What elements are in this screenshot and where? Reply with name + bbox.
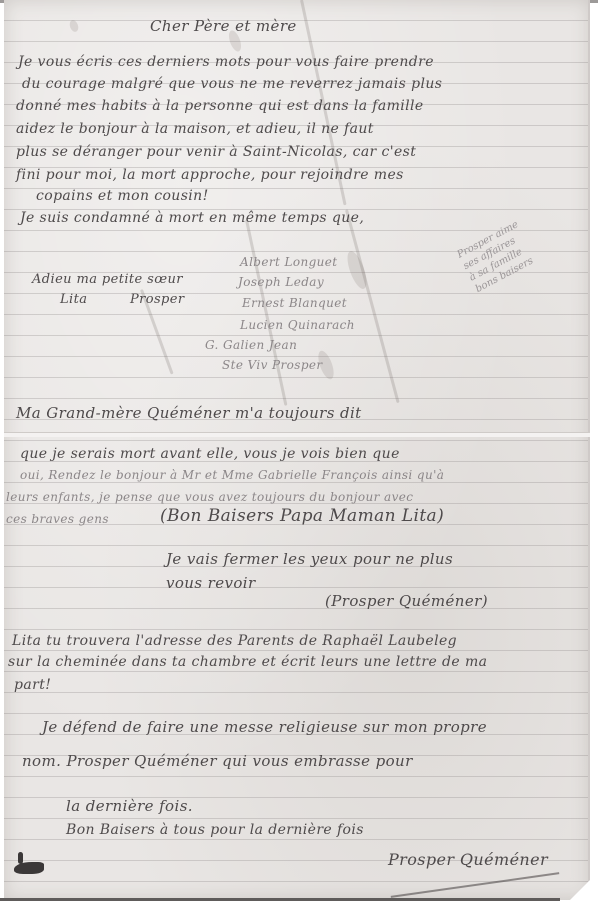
signature-parenthetical: (Prosper Quéméner) xyxy=(325,592,488,610)
paragraph-1-line: plus se déranger pour venir à Saint-Nico… xyxy=(16,144,416,160)
paragraph-1-line: fini pour moi, la mort approche, pour re… xyxy=(16,167,404,183)
farewell-line: Adieu ma petite sœur xyxy=(32,272,183,287)
paragraph-2-line: Ma Grand-mère Quéméner m'a toujours dit xyxy=(16,404,362,422)
salutation: Cher Père et mère xyxy=(150,17,297,35)
kisses-line: (Bon Baisers Papa Maman Lita) xyxy=(160,506,444,526)
faint-name: Joseph Leday xyxy=(238,275,324,289)
paragraph-4-line: nom. Prosper Quéméner qui vous embrasse … xyxy=(22,752,413,770)
page-bottom-edge xyxy=(0,898,560,901)
paragraph-1-line: aidez le bonjour à la maison, et adieu, … xyxy=(16,121,374,137)
paragraph-2-line: ces braves gens xyxy=(6,512,109,526)
paper-fold-line xyxy=(4,432,590,437)
final-signature: Prosper Quéméner xyxy=(388,850,548,869)
farewell-name-prosper: Prosper xyxy=(130,292,185,307)
paragraph-2-line: leurs enfants, je pense que vous avez to… xyxy=(6,490,413,504)
paragraph-2-line: que je serais mort avant elle, vous je v… xyxy=(20,446,400,462)
paragraph-3-line: sur la cheminée dans ta chambre et écrit… xyxy=(8,654,487,670)
faint-name: G. Galien Jean xyxy=(205,338,297,352)
ink-blot xyxy=(14,862,44,874)
paragraph-2-line: oui, Rendez le bonjour à Mr et Mme Gabri… xyxy=(20,468,444,482)
paragraph-3-line: Lita tu trouvera l'adresse des Parents d… xyxy=(12,633,457,649)
faint-name: Albert Longuet xyxy=(240,255,338,269)
torn-corner xyxy=(570,880,590,900)
condemned-line: Je suis condamné à mort en même temps qu… xyxy=(20,210,364,226)
page-right-edge xyxy=(588,0,590,900)
final-kisses: Bon Baisers à tous pour la dernière fois xyxy=(66,822,364,838)
faint-name: Ste Viv Prosper xyxy=(222,358,323,372)
paragraph-4-line: Je défend de faire une messe religieuse … xyxy=(42,718,487,736)
closing-eyes-line: vous revoir xyxy=(166,574,256,592)
faint-name: Lucien Quinarach xyxy=(240,318,355,332)
paragraph-1-line: donné mes habits à la personne qui est d… xyxy=(16,98,424,114)
paragraph-1-line: du courage malgré que vous ne me reverre… xyxy=(22,76,442,92)
paragraph-4-line: la dernière fois. xyxy=(66,797,193,815)
faint-name: Ernest Blanquet xyxy=(242,296,347,310)
farewell-name-lita: Lita xyxy=(60,292,87,307)
paragraph-1-line: copains et mon cousin! xyxy=(36,188,209,204)
paragraph-3-line: part! xyxy=(14,677,51,693)
paragraph-1-line: Je vous écris ces derniers mots pour vou… xyxy=(18,54,434,70)
closing-eyes-line: Je vais fermer les yeux pour ne plus xyxy=(166,550,453,568)
